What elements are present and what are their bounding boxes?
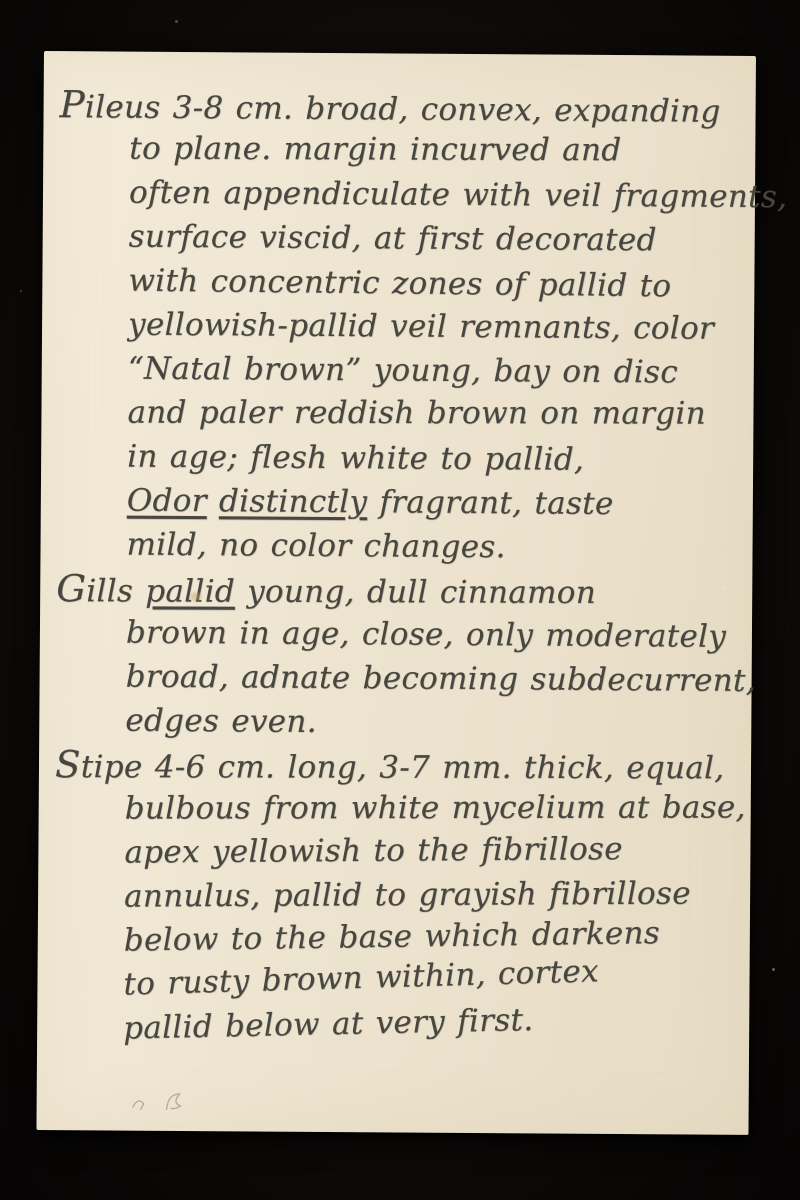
paper-stain [190,592,201,601]
handwriting-segment: surface viscid, at first decorated [129,219,657,259]
handwriting-line: with concentric zones of pallid to [128,259,754,310]
dust-speck [20,290,22,292]
handwriting-segment: young, dull cinnamon [235,574,596,611]
handwriting-line: mild, no color changes. [126,523,752,571]
handwriting-segment: often appendiculate with veil fragments, [129,175,787,216]
handwriting-line: brown in age, close, only moderately [126,611,752,659]
handwriting-line: “Natal brown” young, bay on disc [128,347,754,395]
handwriting-segment: Pileus 3-8 cm. broad, convex, expanding [59,89,720,130]
underlined-word: distinctly [219,483,368,520]
handwriting-line: often appendiculate with veil fragments, [129,171,755,219]
dust-speck [722,587,726,591]
handwriting-line: broad, adnate becoming subdecurrent, [125,655,751,703]
handwriting-line: Pileus 3-8 cm. broad, convex, expanding [59,82,755,131]
handwriting-segment: with concentric zones of pallid to [128,263,671,305]
handwriting-line: to plane. margin incurved and [129,127,755,173]
handwriting-line: Gills pallid young, dull cinnamon [56,566,752,612]
handwriting-segment: in age; flesh white to pallid, [127,439,584,478]
handwriting-segment: edges even. [125,703,317,740]
handwriting-line: edges even. [125,699,751,747]
handwriting-segment: annulus, pallid to grayish fibrillose [124,876,691,915]
handwriting-line: Stipe 4-6 cm. long, 3-7 mm. thick, equal… [55,742,751,787]
handwriting-segment: mild, no color changes. [126,527,505,566]
handwriting-line: and paler reddish brown on margin [127,391,753,436]
handwriting-segment [207,483,219,519]
handwriting-line: bulbous from white mycelium at base, [125,785,751,830]
handwriting-segment: “Natal brown” young, bay on disc [128,351,678,391]
handwriting-line: Odor distinctly fragrant, taste [127,479,753,527]
underlined-word: pallid [145,573,235,609]
handwriting-line: in age; flesh white to pallid, [127,435,753,483]
handwriting-segment: fragrant, taste [367,484,614,522]
dust-speck [772,968,775,971]
handwriting-segment: yellowish-pallid veil remnants, color [128,307,714,347]
handwriting-segment: Stipe 4-6 cm. long, 3-7 mm. thick, equal… [55,749,724,786]
handwriting-segment: bulbous from white mycelium at base, [125,789,746,826]
handwriting-line: surface viscid, at first decorated [129,215,755,263]
handwriting-segment: and paler reddish brown on margin [127,395,705,432]
handwriting-segment: broad, adnate becoming subdecurrent, [126,659,757,699]
handwriting-segment: brown in age, close, only moderately [126,615,726,655]
index-card: Pileus 3-8 cm. broad, convex, expandingt… [36,51,756,1135]
handwriting-segment: Gills [56,573,145,609]
handwriting-segment: to plane. margin incurved and [129,131,621,169]
handwriting-line: apex yellowish to the fibrillose [124,826,750,874]
handwriting-segment: to rusty brown within, cortex [123,953,599,1002]
handwritten-text: Pileus 3-8 cm. broad, convex, expandingt… [36,51,756,1135]
handwriting-segment: apex yellowish to the fibrillose [124,831,623,870]
handwriting-line: yellowish-pallid veil remnants, color [128,303,754,351]
dust-speck [175,20,178,23]
handwriting-segment: pallid below at very first. [123,1002,534,1047]
underlined-word: Odor [127,483,207,520]
pencil-scribble-icon [129,1086,207,1117]
photo-background: Pileus 3-8 cm. broad, convex, expandingt… [0,0,800,1200]
